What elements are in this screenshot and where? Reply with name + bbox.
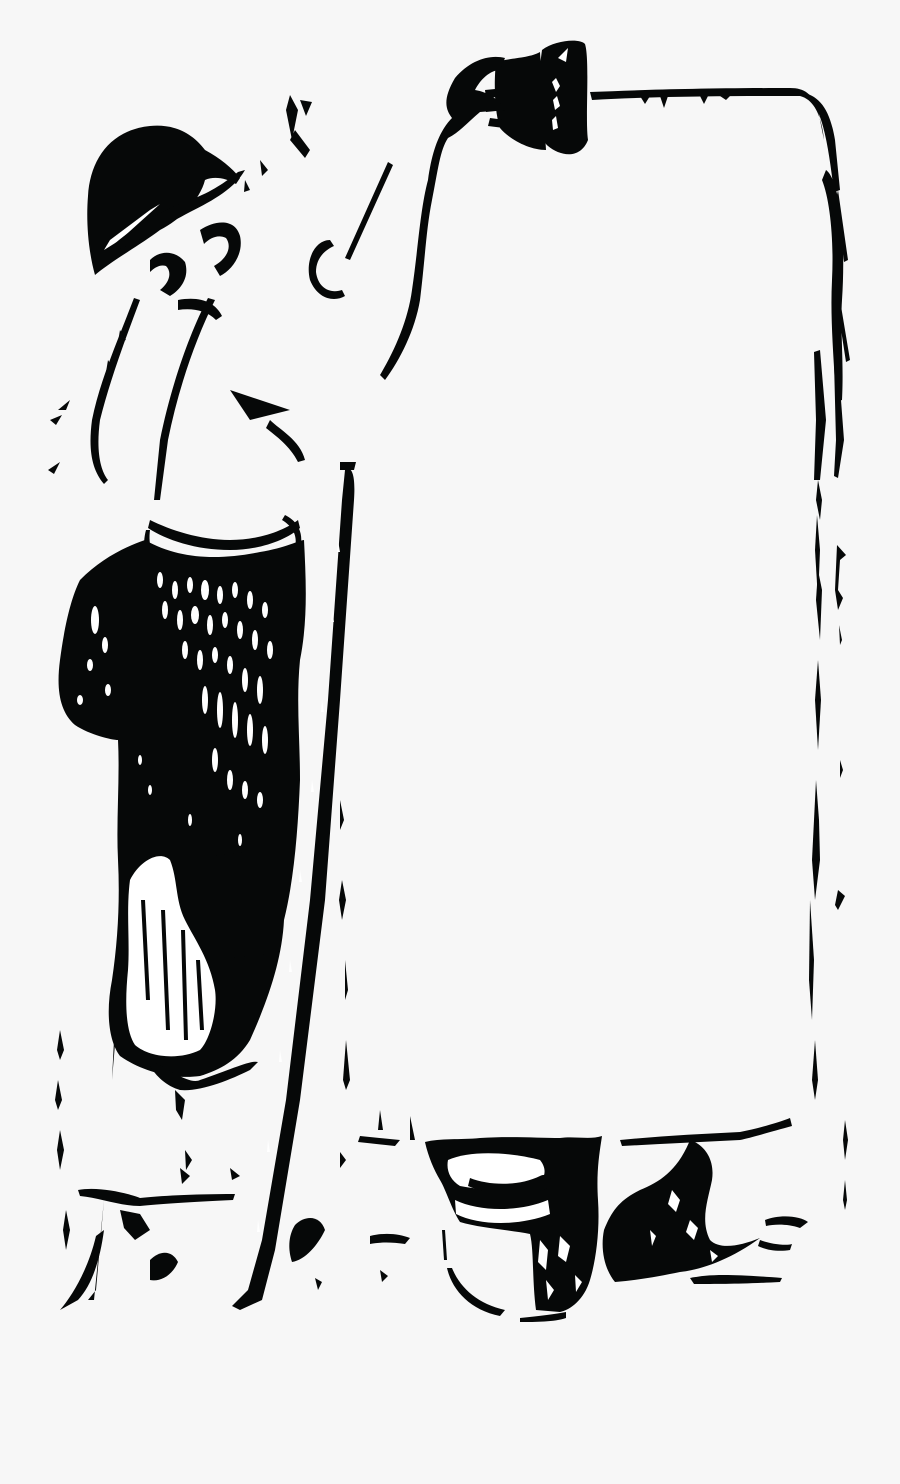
painter-illustration bbox=[0, 0, 900, 1484]
